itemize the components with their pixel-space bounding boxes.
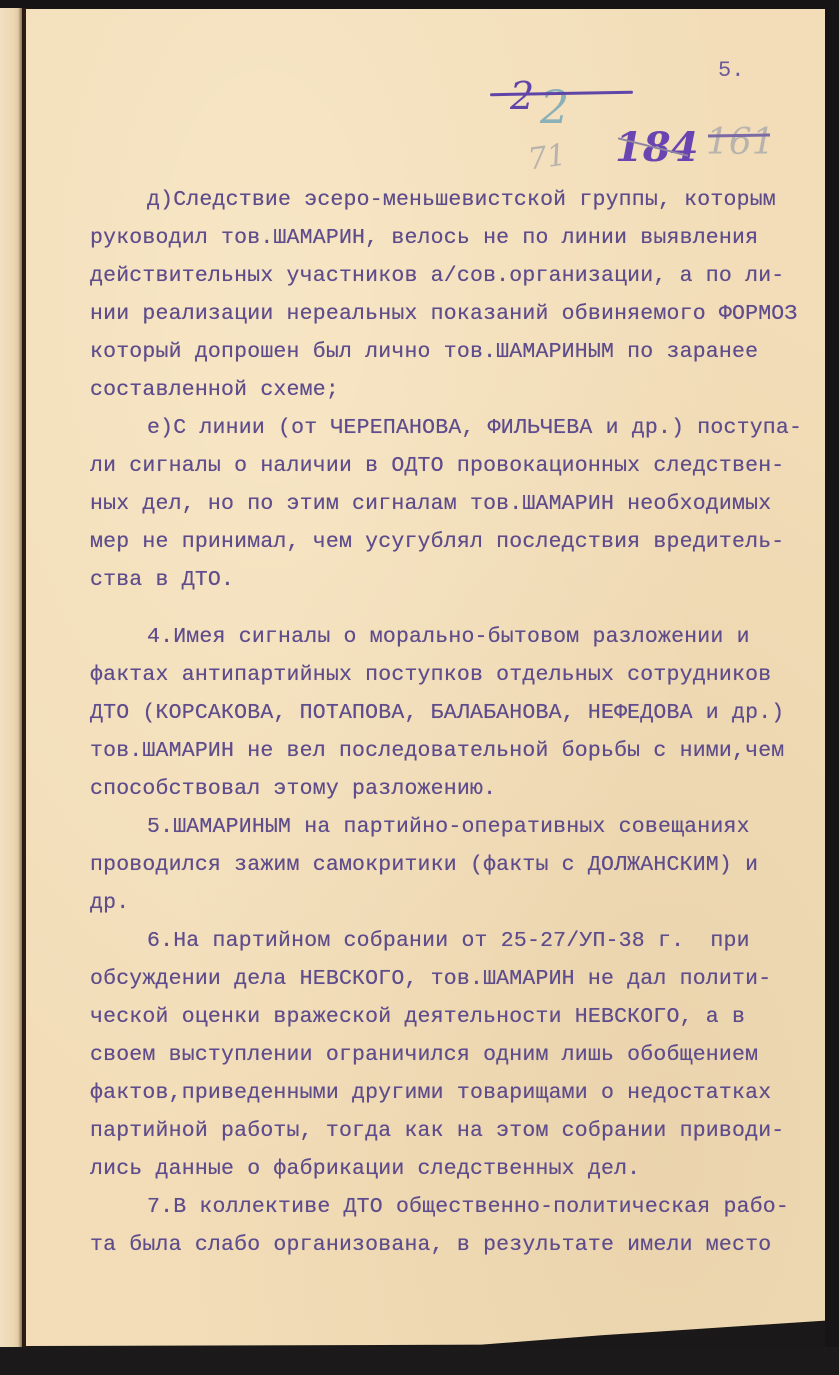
text-line: проводился зажим самокритики (факты с ДО… [90, 853, 758, 877]
handwritten-folio: 2 [540, 80, 569, 134]
text-line: мер не принимал, чем усугублял последств… [90, 530, 784, 554]
text-line: ства в ДТО. [90, 568, 234, 592]
text-line: ли сигналы о наличии в ОДТО провокационн… [90, 454, 784, 478]
text-line: действительных участников а/сов.организа… [90, 264, 784, 288]
text-line: лись данные о фабрикации следственных де… [90, 1157, 640, 1181]
scan-top-border [0, 0, 839, 10]
text-line: способствовал этому разложению. [90, 777, 496, 801]
text-line: 4.Имея сигналы о морально-бытовом разлож… [147, 625, 750, 649]
text-line: обсуждении дела НЕВСКОГО, тов.ШАМАРИН не… [90, 967, 771, 991]
text-line: партийной работы, тогда как на этом собр… [90, 1119, 784, 1143]
text-line: 6.На партийном собрании от 25-27/УП-38 г… [147, 929, 750, 953]
text-line: ных дел, но по этим сигналам тов.ШАМАРИН… [90, 492, 771, 516]
text-line: фактах антипартийных поступков отдельных… [90, 663, 771, 687]
text-line: нии реализации нереальных показаний обви… [90, 302, 798, 326]
scan-right-border [825, 0, 839, 1375]
scan-bottom-border [0, 1347, 839, 1375]
text-line: ческой оценки вражеской деятельности НЕВ… [90, 1005, 745, 1029]
text-line: 7.В коллективе ДТО общественно-политичес… [147, 1195, 789, 1219]
pencil-folio: 71 [526, 138, 569, 178]
text-line: ДТО (КОРСАКОВА, ПОТАПОВА, БАЛАБАНОВА, НЕ… [90, 701, 784, 725]
text-line: руководил тов.ШАМАРИН, велось не по лини… [90, 226, 758, 250]
text-line: тов.ШАМАРИН не вел последовательной борь… [90, 739, 784, 763]
text-line: 5.ШАМАРИНЫМ на партийно-оперативных сове… [147, 815, 750, 839]
text-line: своем выступлении ограничился одним лишь… [90, 1043, 758, 1067]
text-line: фактов,приведенными другими товарищами о… [90, 1081, 771, 1105]
text-line: др. [90, 891, 129, 915]
text-line: д)Следствие эсеро-меньшевистской группы,… [147, 188, 776, 212]
page-number: 5. [718, 58, 744, 83]
text-line: составленной схеме; [90, 378, 339, 402]
pencil-folio-crossed: 161 [706, 122, 775, 163]
handwritten-folio-crossed: 2 [510, 74, 534, 118]
text-line: та была слабо организована, в результате… [90, 1233, 771, 1257]
text-line: который допрошен был лично тов.ШАМАРИНЫМ… [90, 340, 758, 364]
text-line: е)С линии (от ЧЕРЕПАНОВА, ФИЛЬЧЕВА и др.… [147, 416, 802, 440]
